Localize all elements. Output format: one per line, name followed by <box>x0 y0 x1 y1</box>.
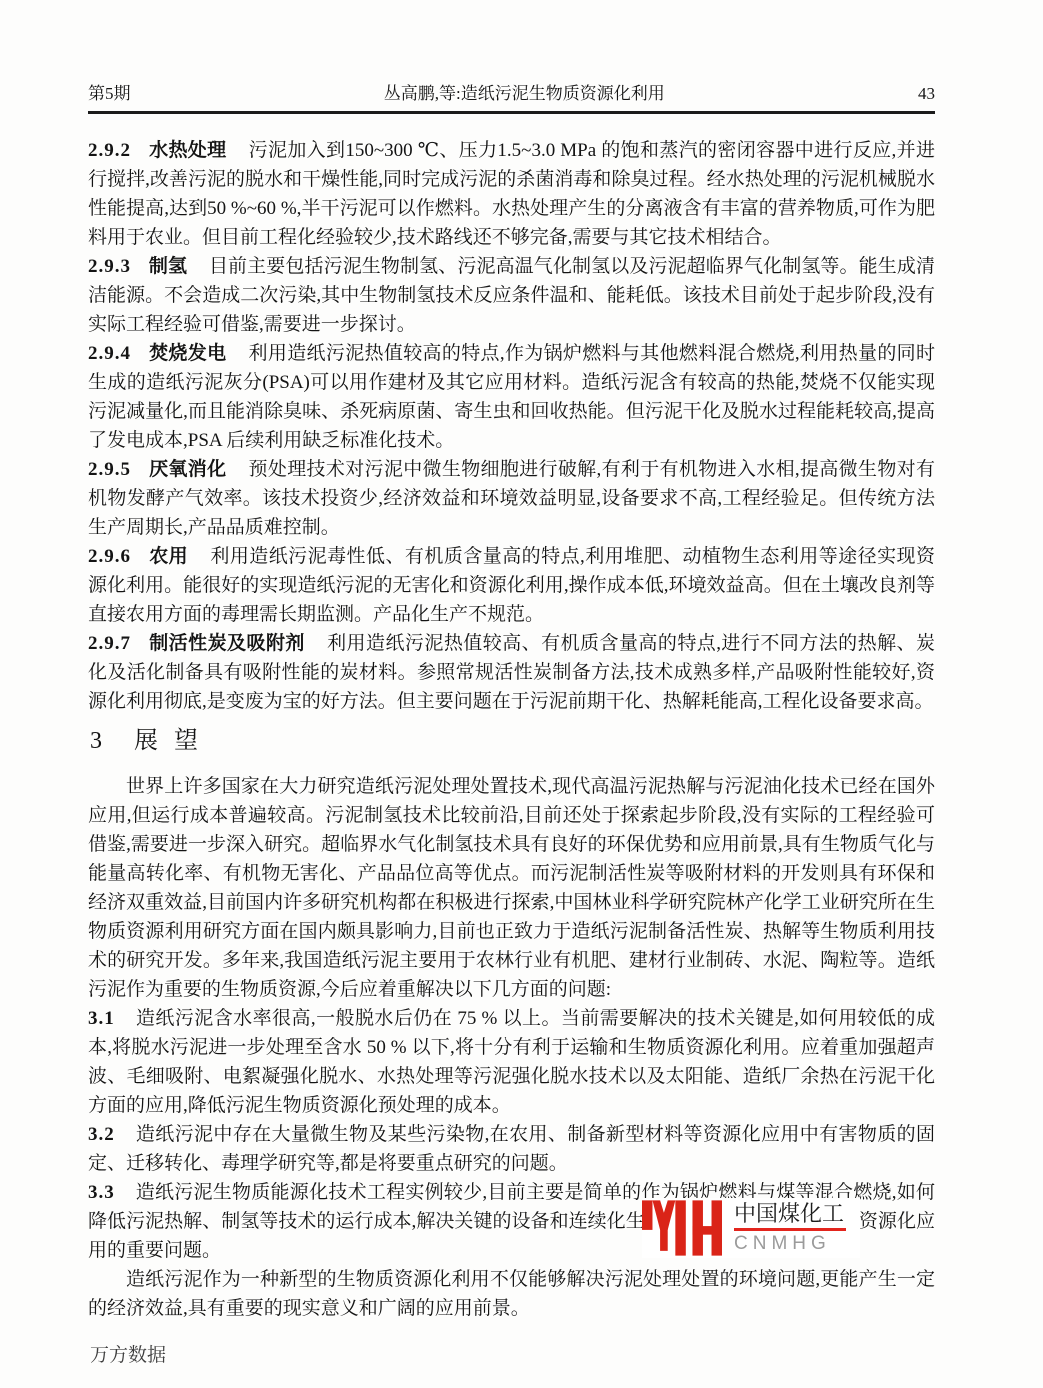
subsection-title: 制活性炭及吸附剂 <box>149 633 305 654</box>
section-title: 展 望 <box>134 728 203 754</box>
watermark-brand-en: CNMHG <box>734 1233 846 1254</box>
item-3-2: 3.2 造纸污泥中存在大量微生物及某些污染物,在农用、制备新型材料等资源化应用中… <box>88 1120 935 1178</box>
subsection-number: 2.9.3 <box>88 256 131 277</box>
watermark-underline <box>734 1228 846 1231</box>
subsection-2-9-2: 2.9.2 水热处理 污泥加入到150~300 ℃、压力1.5~3.0 MPa … <box>88 136 935 252</box>
subsection-title: 水热处理 <box>149 140 226 161</box>
running-head: 第5期 丛高鹏,等:造纸污泥生物质资源化利用 43 <box>88 84 935 104</box>
wanfang-footer: 万方数据 <box>90 1340 166 1367</box>
closing-paragraph: 造纸污泥作为一种新型的生物质资源化利用不仅能够解决污泥处理处置的环境问题,更能产… <box>88 1265 935 1323</box>
item-number: 3.3 <box>88 1182 115 1203</box>
subsection-2-9-4: 2.9.4 焚烧发电 利用造纸污泥热值较高的特点,作为锅炉燃料与其他燃料混合燃烧… <box>88 339 935 455</box>
page-number: 43 <box>918 84 935 104</box>
section-number: 3 <box>90 728 102 754</box>
item-number: 3.1 <box>88 1008 115 1029</box>
watermark-text: 中国煤化工 CNMHG <box>734 1202 846 1254</box>
cnmhg-watermark: 中国煤化工 CNMHG <box>642 1198 860 1258</box>
subsection-body: 利用造纸污泥毒性低、有机质含量高的特点,利用堆肥、动植物生态利用等途径实现资源化… <box>88 546 935 625</box>
item-3-1: 3.1 造纸污泥含水率很高,一般脱水后仍在 75 % 以上。当前需要解决的技术关… <box>88 1004 935 1120</box>
subsection-number: 2.9.6 <box>88 546 131 567</box>
running-title: 丛高鹏,等:造纸污泥生物质资源化利用 <box>131 84 919 104</box>
watermark-brand-cn: 中国煤化工 <box>734 1202 846 1226</box>
subsection-title: 农用 <box>149 546 188 567</box>
page-content: 2.9.2 水热处理 污泥加入到150~300 ℃、压力1.5~3.0 MPa … <box>88 136 935 1323</box>
header-rule <box>88 111 935 114</box>
subsection-body: 目前主要包括污泥生物制氢、污泥高温气化制氢以及污泥超临界气化制氢等。能生成清洁能… <box>88 256 935 335</box>
subsection-number: 2.9.2 <box>88 140 131 161</box>
item-number: 3.2 <box>88 1124 115 1145</box>
subsection-number: 2.9.7 <box>88 633 131 654</box>
subsection-number: 2.9.5 <box>88 459 131 480</box>
issue-label: 第5期 <box>88 84 131 104</box>
subsection-2-9-5: 2.9.5 厌氧消化 预处理技术对污泥中微生物细胞进行破解,有利于有机物进入水相… <box>88 455 935 542</box>
subsection-number: 2.9.4 <box>88 343 131 364</box>
subsection-title: 焚烧发电 <box>149 343 226 364</box>
subsection-2-9-3: 2.9.3 制氢 目前主要包括污泥生物制氢、污泥高温气化制氢以及污泥超临界气化制… <box>88 252 935 339</box>
subsection-title: 厌氧消化 <box>149 459 226 480</box>
item-body: 造纸污泥含水率很高,一般脱水后仍在 75 % 以上。当前需要解决的技术关键是,如… <box>88 1008 935 1116</box>
section-3-intro: 世界上许多国家在大力研究造纸污泥处理处置技术,现代高温污泥热解与污泥油化技术已经… <box>88 772 935 1004</box>
section-3-heading: 3 展 望 <box>90 725 935 757</box>
subsection-2-9-6: 2.9.6 农用 利用造纸污泥毒性低、有机质含量高的特点,利用堆肥、动植物生态利… <box>88 542 935 629</box>
subsection-title: 制氢 <box>149 256 187 277</box>
cnmhg-logo-icon <box>642 1199 722 1257</box>
subsection-2-9-7: 2.9.7 制活性炭及吸附剂 利用造纸污泥热值较高、有机质含量高的特点,进行不同… <box>88 629 935 716</box>
wanfang-label: 万方数据 <box>90 1345 166 1366</box>
item-body: 造纸污泥中存在大量微生物及某些污染物,在农用、制备新型材料等资源化应用中有害物质… <box>88 1124 935 1174</box>
paper-page: 第5期 丛高鹏,等:造纸污泥生物质资源化利用 43 2.9.2 水热处理 污泥加… <box>0 0 1043 1388</box>
